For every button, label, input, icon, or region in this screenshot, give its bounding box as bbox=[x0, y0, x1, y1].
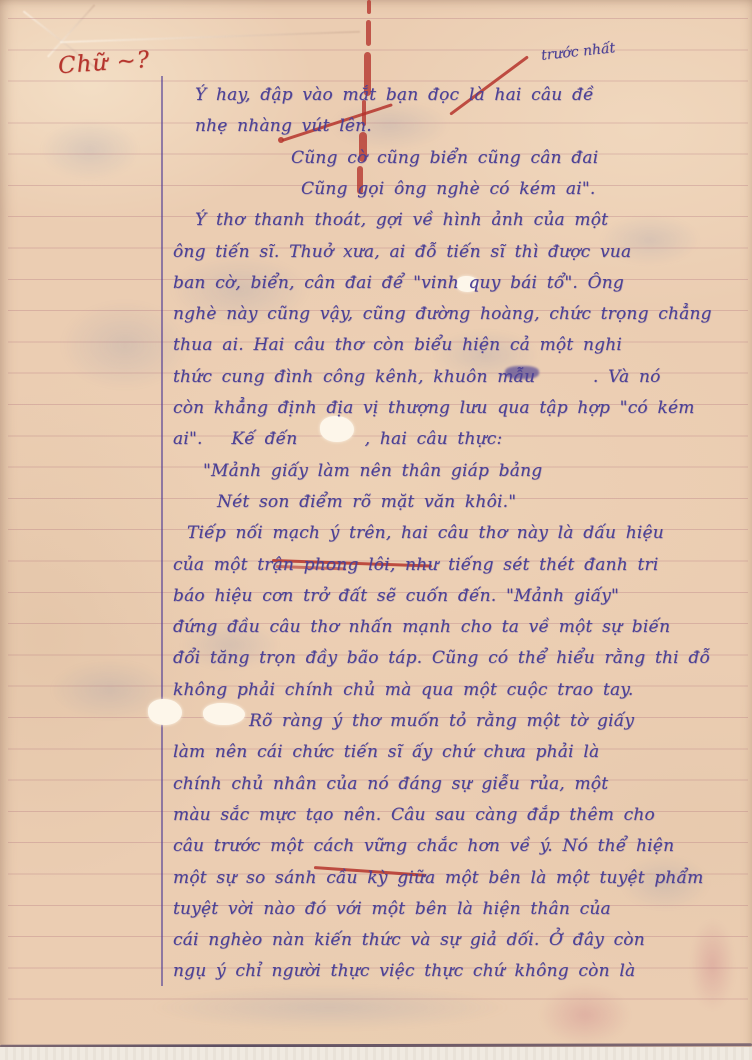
handwritten-line: ngụ ý chỉ người thực việc thực chứ không… bbox=[173, 956, 635, 986]
handwritten-line: không phải chính chủ mà qua một cuộc tra… bbox=[173, 675, 633, 705]
handwritten-line: ai". Kế đến , hai câu thực: bbox=[173, 424, 502, 454]
handwritten-line: thua ai. Hai câu thơ còn biểu hiện cả mộ… bbox=[173, 330, 622, 360]
handwritten-line: ông tiến sĩ. Thuở xưa, ai đỗ tiến sĩ thì… bbox=[173, 237, 631, 267]
handwritten-line: Ý hay, đập vào mắt bạn đọc là hai câu đề bbox=[173, 80, 594, 110]
margin-line bbox=[161, 76, 163, 986]
red-margin-note: Chữ ~? bbox=[57, 47, 151, 79]
handwritten-line: Cũng cờ cũng biển cũng cân đai bbox=[173, 143, 598, 173]
handwritten-line: ban cờ, biển, cân đai để "vinh quy bái t… bbox=[173, 268, 624, 298]
manuscript-lines: Ý hay, đập vào mắt bạn đọc là hai câu đề… bbox=[173, 0, 718, 1060]
handwritten-line: một sự so sánh cầu kỳ giữa một bên là mộ… bbox=[173, 863, 704, 893]
handwritten-line: đổi tăng trọn đầy bão táp. Cũng có thể h… bbox=[173, 643, 710, 673]
handwritten-line: Tiếp nối mạch ý trên, hai câu thơ này là… bbox=[173, 518, 664, 548]
handwritten-line: đứng đầu câu thơ nhấn mạnh cho ta về một… bbox=[173, 612, 670, 642]
handwritten-line: nghè này cũng vậy, cũng đường hoàng, chứ… bbox=[173, 299, 712, 329]
handwritten-line: câu trước một cách vững chắc hơn về ý. N… bbox=[173, 831, 674, 861]
handwritten-line: của một trận phong lôi, như tiếng sét th… bbox=[173, 550, 659, 580]
handwritten-line: "Mảnh giấy làm nên thân giáp bảng bbox=[173, 456, 542, 486]
bleedthrough-ghost bbox=[40, 120, 140, 180]
handwritten-line: tuyệt vời nào đó với một bên là hiện thâ… bbox=[173, 894, 611, 924]
handwritten-line: màu sắc mực tạo nên. Câu sau càng đắp th… bbox=[173, 800, 655, 830]
handwritten-line: Ý thơ thanh thoát, gợi về hình ảnh của m… bbox=[173, 205, 608, 235]
handwritten-line: chính chủ nhân của nó đáng sự giễu rủa, … bbox=[173, 769, 608, 799]
bleedthrough-ghost bbox=[60, 300, 190, 390]
handwritten-line: báo hiệu cơn trở đất sẽ cuốn đến. "Mảnh … bbox=[173, 581, 619, 611]
manuscript-page: Chữ ~? trước nhất Ý hay, đập vào mắt bạn… bbox=[0, 0, 752, 1060]
handwritten-line: nhẹ nhàng vút lên. bbox=[173, 111, 372, 141]
handwritten-line: thức cung đình công kênh, khuôn mẫu . Và… bbox=[173, 362, 661, 392]
handwritten-line: còn khẳng định địa vị thượng lưu qua tập… bbox=[173, 393, 695, 423]
handwritten-line: Nét son điểm rõ mặt văn khôi." bbox=[173, 487, 516, 517]
scanner-background bbox=[0, 1047, 752, 1060]
handwritten-line: Cũng gọi ông nghè có kém ai". bbox=[173, 174, 596, 204]
handwritten-line: Rõ ràng ý thơ muốn tỏ rằng một tờ giấy bbox=[173, 706, 634, 736]
page-crease bbox=[47, 4, 95, 57]
handwritten-line: cái nghèo nàn kiến thức và sự giả dối. Ở… bbox=[173, 925, 645, 955]
handwritten-line: làm nên cái chức tiến sĩ ấy chứ chưa phả… bbox=[173, 737, 599, 767]
